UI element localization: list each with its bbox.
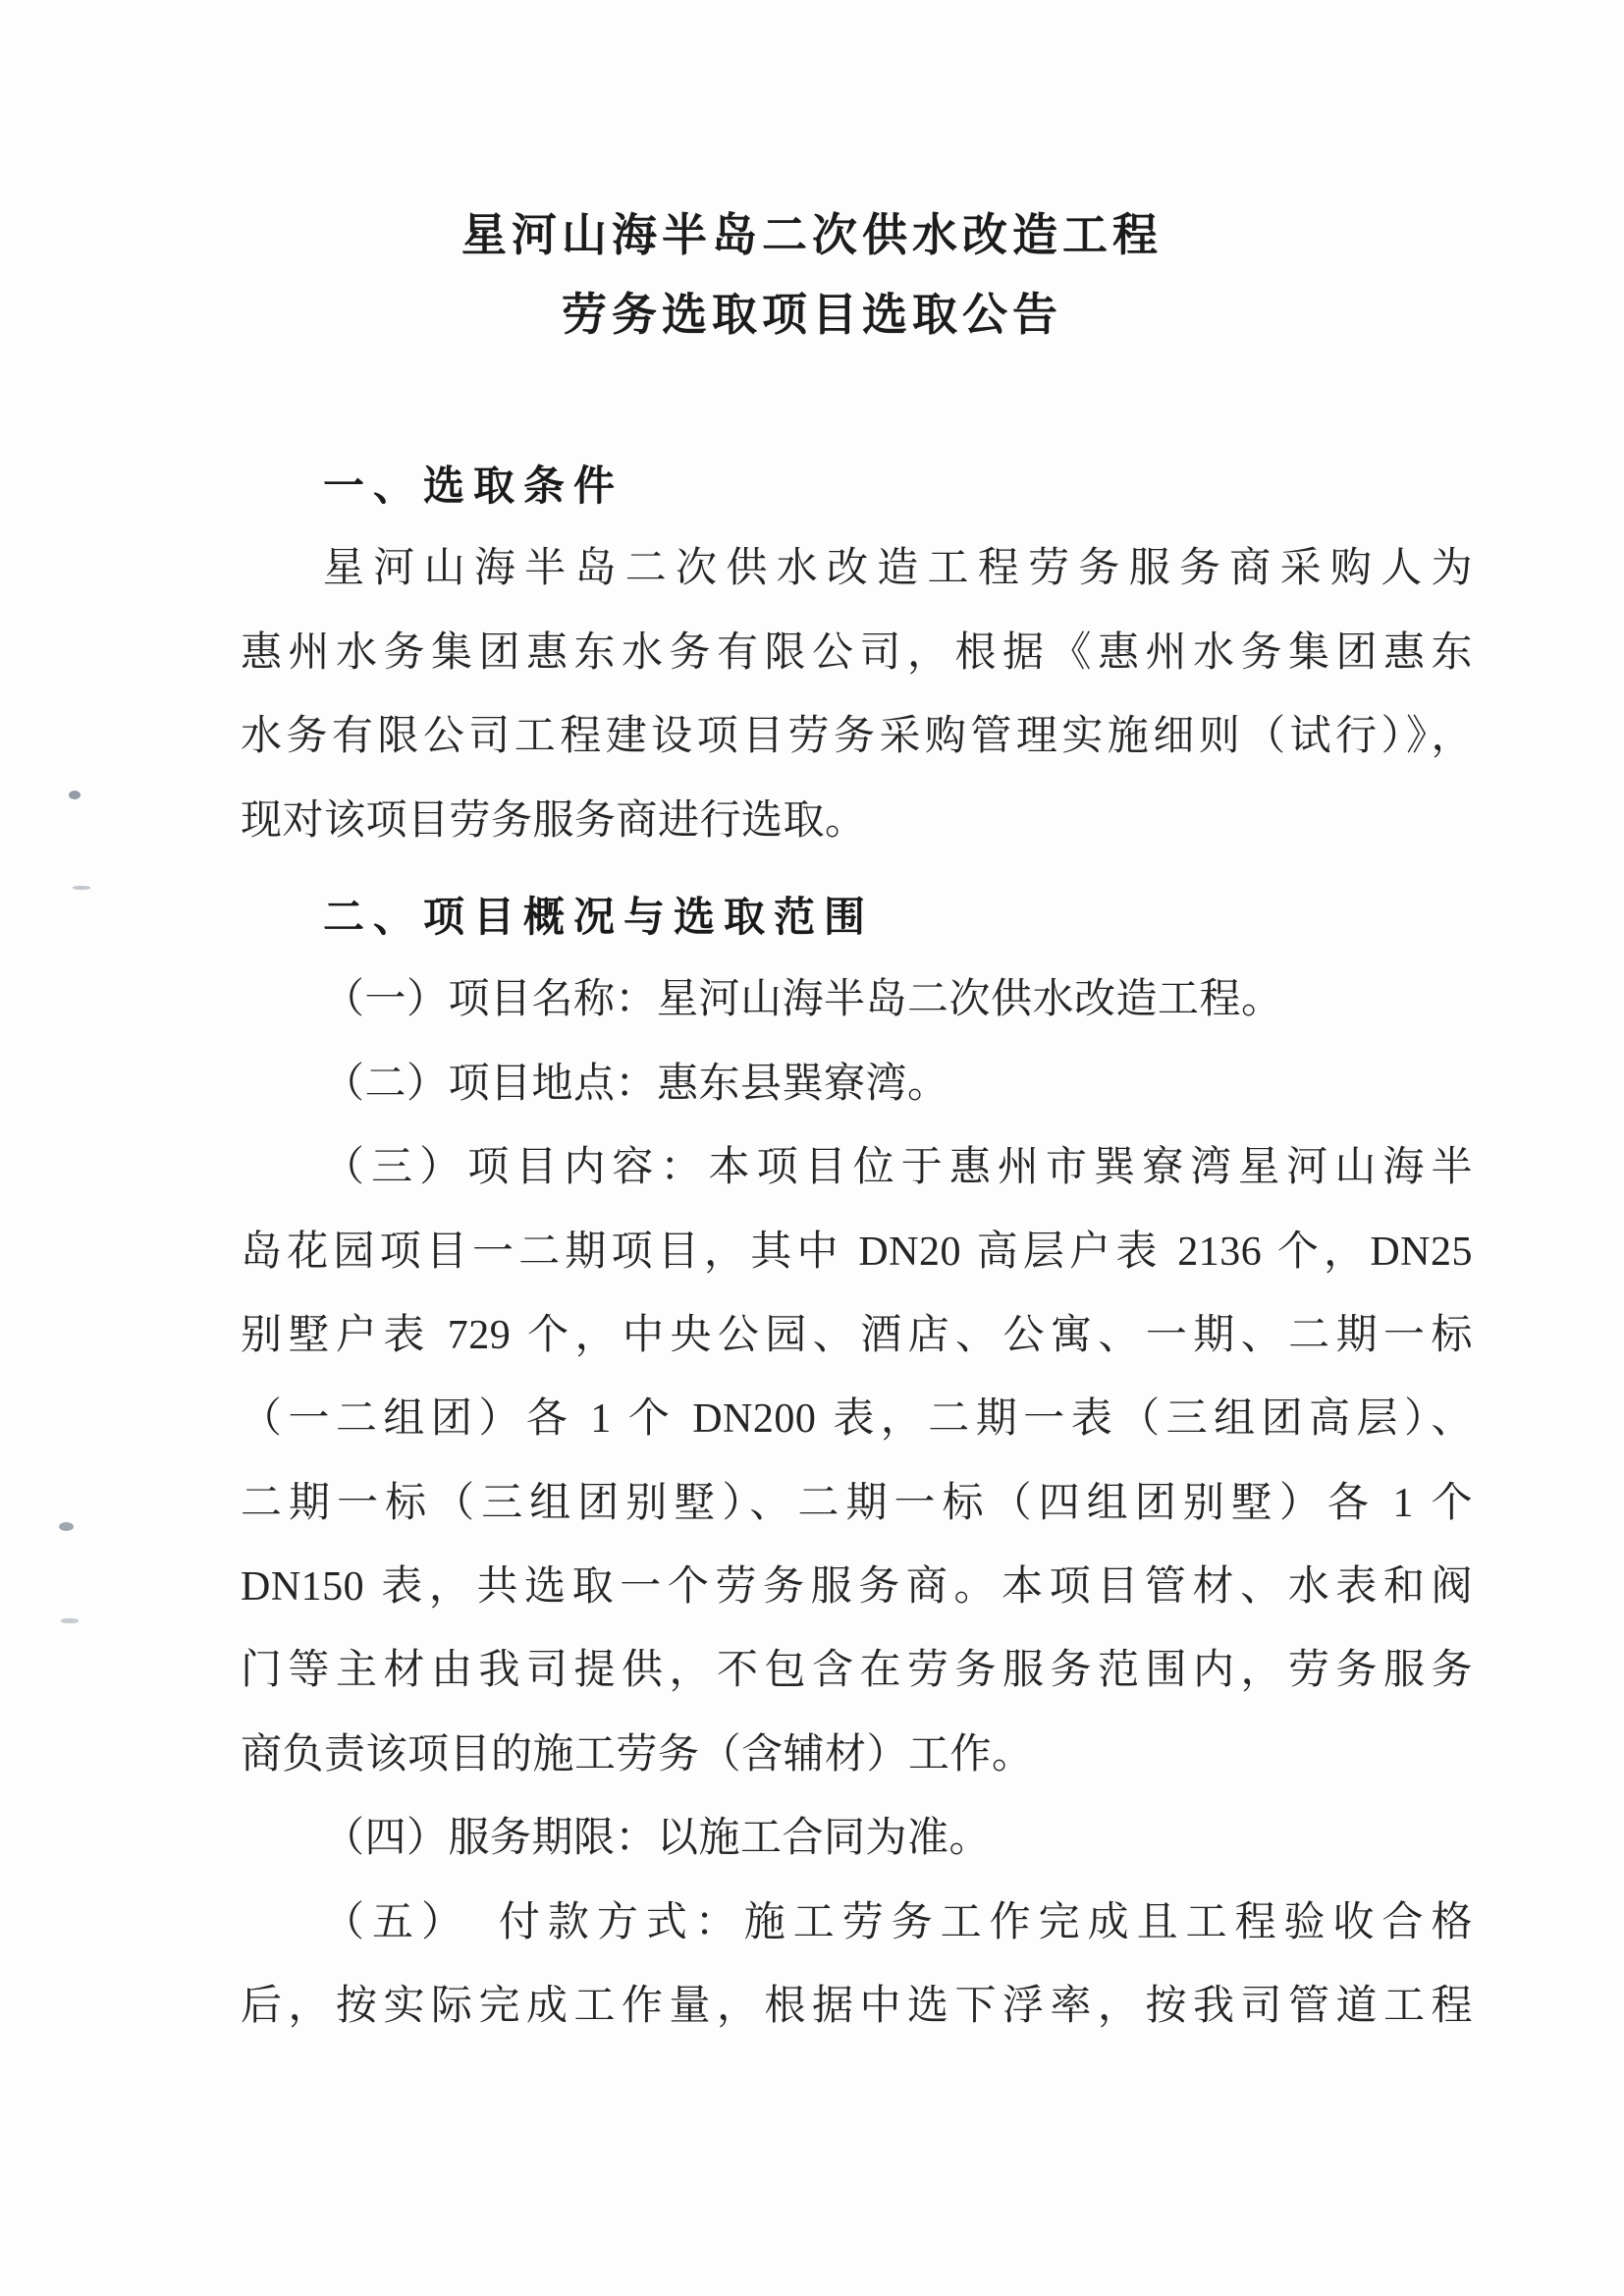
paragraph-line: DN150 表，共选取一个劳务服务商。本项目管材、水表和阀: [241, 1546, 1473, 1629]
scan-artifact: [59, 1522, 74, 1531]
paragraph-line: 二期一标（三组团别墅）、二期一标（四组团别墅）各 1 个: [241, 1462, 1473, 1546]
item-project-content: （三）项目内容：本项目位于惠州市巽寮湾星河山海半: [241, 1126, 1473, 1210]
paragraph-line: 别墅户表 729 个，中央公园、酒店、公寓、一期、二期一标: [241, 1294, 1473, 1378]
document-title-line2: 劳务选取项目选取公告: [0, 279, 1624, 344]
paragraph-line: 现对该项目劳务服务商进行选取。: [241, 780, 1473, 863]
paragraph-line: （一二组团）各 1 个 DN200 表，二期一表（三组团高层）、: [241, 1378, 1473, 1461]
document-title-line1: 星河山海半岛二次供水改造工程: [0, 199, 1624, 264]
paragraph-line: 星河山海半岛二次供水改造工程劳务服务商采购人为: [241, 527, 1473, 611]
paragraph-line: 商负责该项目的施工劳务（含辅材）工作。: [241, 1714, 1473, 1797]
scan-artifact: [73, 886, 90, 890]
paragraph-line: 岛花园项目一二期项目，其中 DN20 高层户表 2136 个，DN25: [241, 1211, 1473, 1294]
paragraph-line: 水务有限公司工程建设项目劳务采购管理实施细则（试行）》，: [241, 695, 1473, 779]
scan-artifact: [61, 1618, 79, 1623]
section-heading-1: 一、选取条件: [241, 444, 1473, 527]
paragraph-line: 门等主材由我司提供，不包含在劳务服务范围内，劳务服务: [241, 1629, 1473, 1713]
item-project-location: （二）项目地点：惠东县巽寮湾。: [241, 1043, 1473, 1126]
scan-artifact: [69, 791, 81, 799]
section-heading-2: 二、项目概况与选取范围: [241, 875, 1473, 958]
document-page: 星河山海半岛二次供水改造工程 劳务选取项目选取公告 一、选取条件 星河山海半岛二…: [0, 0, 1624, 2296]
item-project-name: （一）项目名称：星河山海半岛二次供水改造工程。: [241, 958, 1473, 1042]
paragraph-line: 惠州水务集团惠东水务有限公司，根据《惠州水务集团惠东: [241, 612, 1473, 695]
document-body: 一、选取条件 星河山海半岛二次供水改造工程劳务服务商采购人为 惠州水务集团惠东水…: [241, 444, 1473, 2049]
item-service-period: （四）服务期限：以施工合同为准。: [241, 1797, 1473, 1881]
item-payment-method: （五） 付款方式：施工劳务工作完成且工程验收合格: [241, 1882, 1473, 1965]
paragraph-line: 后，按实际完成工作量，根据中选下浮率，按我司管道工程: [241, 1965, 1473, 2049]
